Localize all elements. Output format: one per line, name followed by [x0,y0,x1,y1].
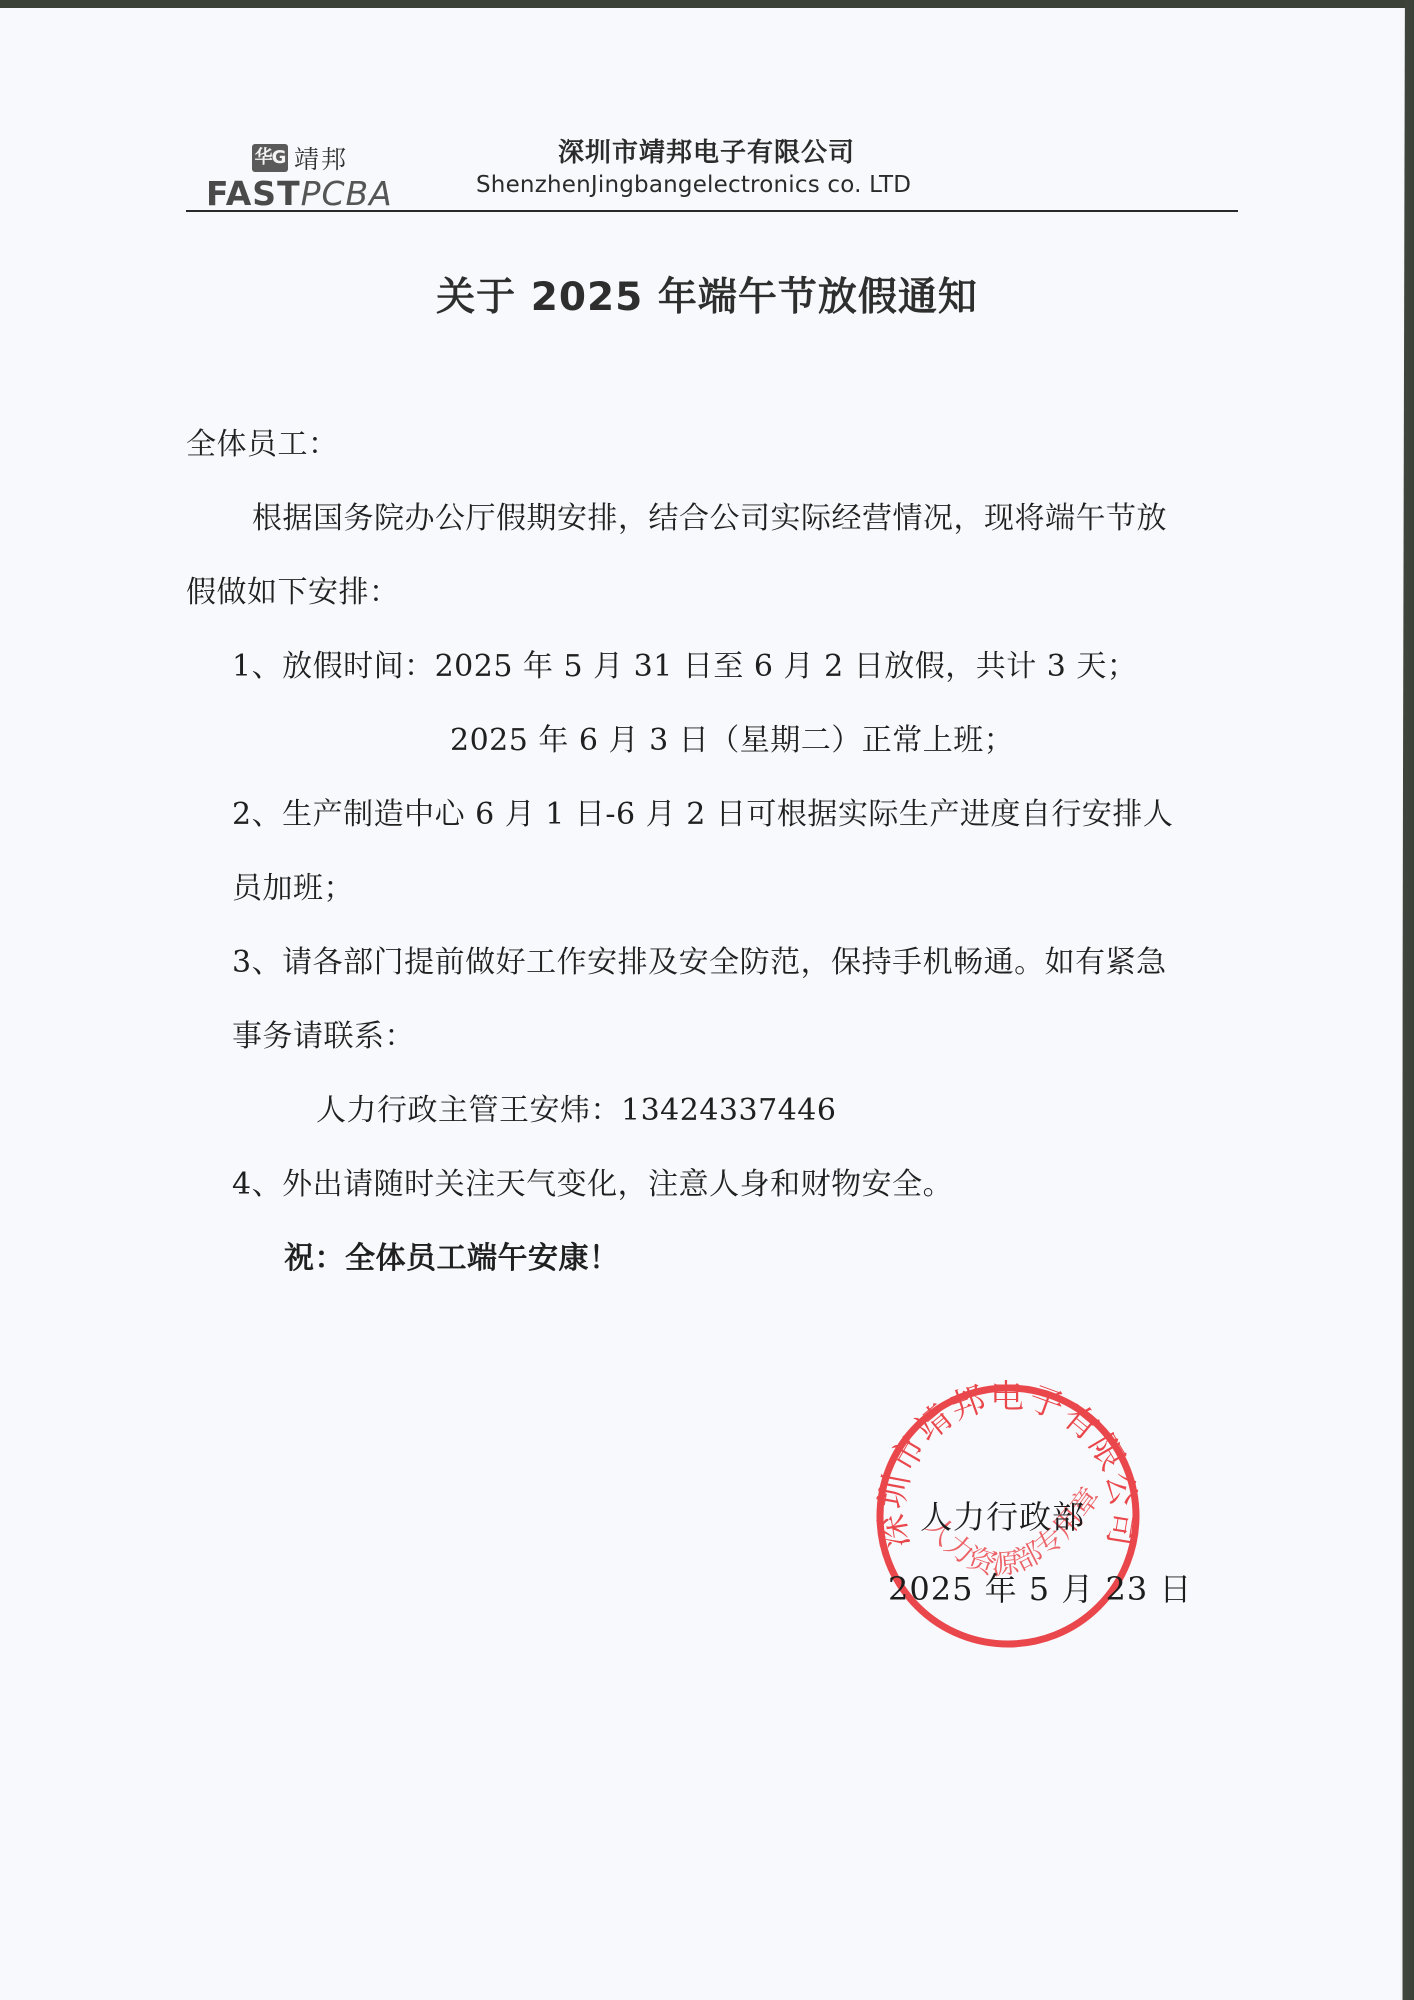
logo-brand-en-italic: PCBA [301,174,393,213]
salutation: 全体员工： [186,425,339,465]
document-page: 华G 靖邦 FASTPCBA 深圳市靖邦电子有限公司 ShenzhenJingb… [0,8,1400,2000]
item-4-line-1: 4、外出请随时关注天气变化，注意人身和财物安全。 [232,1165,953,1205]
item-1-line-1: 1、放假时间：2025 年 5 月 31 日至 6 月 2 日放假，共计 3 天… [232,647,1137,687]
emergency-contact: 人力行政主管王安炜：13424337446 [316,1091,836,1131]
intro-line-2: 假做如下安排： [186,573,400,613]
logo-mark-icon: 华G [252,144,288,172]
signature-date: 2025 年 5 月 23 日 [888,1564,1192,1610]
item-3-line-1: 3、请各部门提前做好工作安排及安全防范，保持手机畅通。如有紧急 [232,943,1167,983]
scan-border-top [0,0,1414,8]
item-1-line-2: 2025 年 6 月 3 日（星期二）正常上班； [450,721,1014,761]
document-title: 关于 2025 年端午节放假通知 [0,266,1414,322]
closing-greeting: 祝：全体员工端午安康！ [284,1239,620,1279]
item-2-line-2: 员加班； [232,869,354,909]
company-name-cn: 深圳市靖邦电子有限公司 [558,132,855,169]
item-2-line-1: 2、生产制造中心 6 月 1 日-6 月 2 日可根据实际生产进度自行安排人 [232,795,1173,835]
letterhead: 华G 靖邦 FASTPCBA 深圳市靖邦电子有限公司 ShenzhenJingb… [186,128,1238,212]
letterhead-divider [186,210,1238,212]
item-3-line-2: 事务请联系： [232,1017,415,1057]
signature-department: 人力行政部 [920,1492,1085,1538]
logo-brand-en-plain: FAST [206,174,301,213]
logo-brand-en: FASTPCBA [206,176,393,212]
company-logo: 华G 靖邦 FASTPCBA [206,136,406,212]
intro-line-1: 根据国务院办公厅假期安排，结合公司实际经营情况，现将端午节放 [252,499,1167,539]
company-name-en: ShenzhenJingbangelectronics co. LTD [476,172,911,198]
logo-brand-cn: 靖邦 [294,140,348,176]
